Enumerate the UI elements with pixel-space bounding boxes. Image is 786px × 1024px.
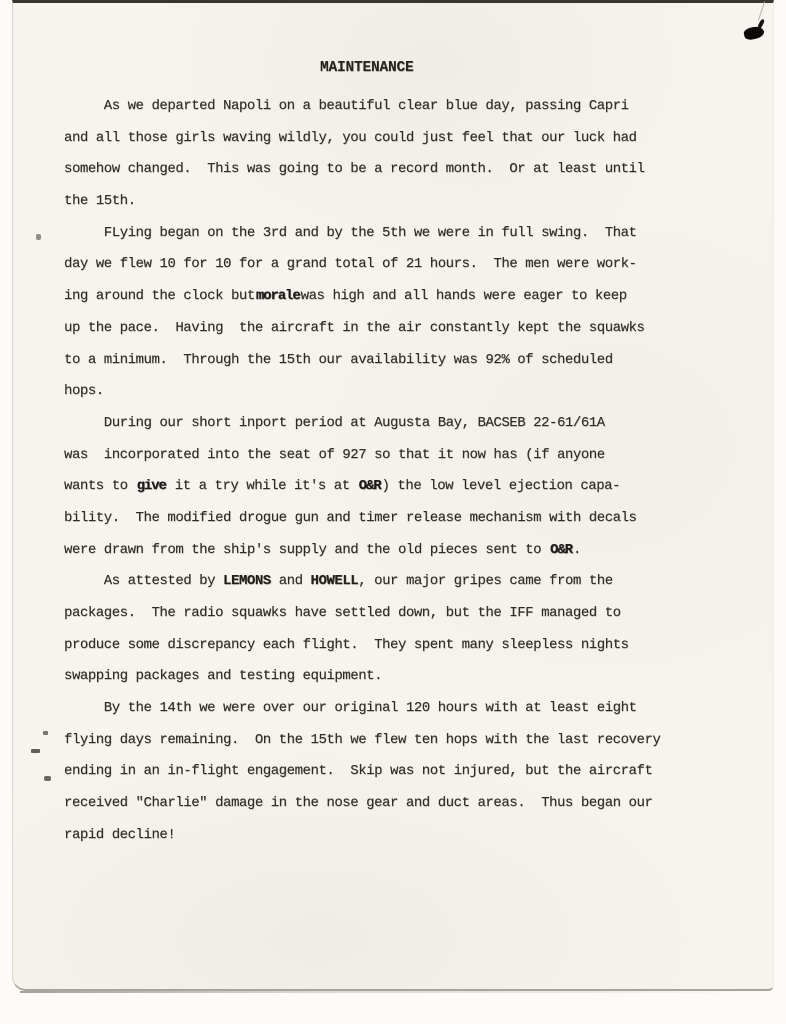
paragraph: By the 14th we were over our original 12… [64, 693, 764, 851]
text-segment: the 15th. [64, 193, 136, 209]
paragraph: As attested by LEMONS and HOWELL, our ma… [64, 566, 764, 693]
text-segment: packages. The radio squawks have settled… [64, 605, 621, 621]
text-segment: wants to [64, 478, 136, 494]
text-segment: ) the low level ejection capa- [382, 478, 621, 494]
scanned-document-canvas: MAINTENANCE As we departed Napoli on a b… [0, 0, 786, 1024]
text-line: packages. The radio squawks have settled… [64, 598, 764, 630]
text-line: the 15th. [64, 186, 764, 218]
text-line: wants to give it a try while it's at O&R… [64, 471, 764, 503]
overtyped-word: give [137, 478, 166, 494]
text-line: produce some discrepancy each flight. Th… [64, 630, 764, 662]
margin-speck [36, 234, 41, 240]
paper-page: MAINTENANCE As we departed Napoli on a b… [12, 0, 774, 991]
text-segment: were drawn from the ship's supply and th… [64, 542, 549, 558]
text-segment: to a minimum. Through the 15th our avail… [64, 352, 613, 368]
margin-speck [44, 776, 51, 781]
text-segment: rapid decline! [64, 827, 175, 843]
overtyped-word: morale [256, 288, 300, 304]
text-segment: By the 14th we were over our original 12… [64, 700, 637, 716]
page-bottom-edge-shadow [20, 991, 760, 993]
text-line: was incorporated into the seat of 927 so… [64, 440, 764, 472]
text-line: day we flew 10 for 10 for a grand total … [64, 249, 764, 281]
text-line: to a minimum. Through the 15th our avail… [64, 345, 764, 377]
text-line: swapping packages and testing equipment. [64, 661, 764, 693]
text-segment: it a try while it's at [167, 478, 358, 494]
text-segment: hops. [64, 383, 104, 399]
text-segment: FLying began on the 3rd and by the 5th w… [64, 225, 637, 241]
overtyped-word: O&R [550, 542, 572, 558]
text-line: ing around the clock butmoralewas high a… [64, 281, 764, 313]
text-line: bility. The modified drogue gun and time… [64, 503, 764, 535]
text-segment: day we flew 10 for 10 for a grand total … [64, 256, 637, 272]
text-segment: received "Charlie" damage in the nose ge… [64, 795, 652, 811]
text-segment: During our short inport period at August… [64, 415, 605, 431]
text-segment: . [573, 542, 581, 558]
text-line: received "Charlie" damage in the nose ge… [64, 788, 764, 820]
text-line: rapid decline! [64, 820, 764, 852]
text-segment: As we departed Napoli on a beautiful cle… [64, 98, 629, 114]
document-body: As we departed Napoli on a beautiful cle… [64, 91, 764, 852]
text-segment: and all those girls waving wildly, you c… [64, 130, 637, 146]
document-title: MAINTENANCE [320, 60, 414, 76]
text-line: flying days remaining. On the 15th we fl… [64, 725, 764, 757]
text-line: As we departed Napoli on a beautiful cle… [64, 91, 764, 123]
text-segment: ending in an in-flight engagement. Skip … [64, 763, 652, 779]
text-segment: , our major gripes came from the [358, 573, 612, 589]
text-line: FLying began on the 3rd and by the 5th w… [64, 218, 764, 250]
emphasized-name: LEMONS [223, 573, 271, 589]
text-segment: ing around the clock but [64, 288, 255, 304]
text-line: up the pace. Having the aircraft in the … [64, 313, 764, 345]
text-segment: swapping packages and testing equipment. [64, 668, 382, 684]
text-segment: bility. The modified drogue gun and time… [64, 510, 637, 526]
text-segment: flying days remaining. On the 15th we fl… [64, 732, 660, 748]
text-line: and all those girls waving wildly, you c… [64, 123, 764, 155]
paragraph: As we departed Napoli on a beautiful cle… [64, 91, 764, 218]
margin-speck [31, 749, 40, 753]
text-line: ending in an in-flight engagement. Skip … [64, 756, 764, 788]
paragraph: FLying began on the 3rd and by the 5th w… [64, 218, 764, 408]
paragraph: During our short inport period at August… [64, 408, 764, 566]
text-segment: up the pace. Having the aircraft in the … [64, 320, 644, 336]
text-segment: produce some discrepancy each flight. Th… [64, 637, 629, 653]
text-line: somehow changed. This was going to be a … [64, 154, 764, 186]
text-segment: was incorporated into the seat of 927 so… [64, 447, 605, 463]
margin-speck [43, 731, 48, 735]
text-line: During our short inport period at August… [64, 408, 764, 440]
text-segment: was high and all hands were eager to kee… [301, 288, 627, 304]
text-line: As attested by LEMONS and HOWELL, our ma… [64, 566, 764, 598]
text-line: hops. [64, 376, 764, 408]
text-segment: and [271, 573, 311, 589]
text-line: were drawn from the ship's supply and th… [64, 535, 764, 567]
text-line: By the 14th we were over our original 12… [64, 693, 764, 725]
overtyped-word: O&R [359, 478, 381, 494]
text-segment: As attested by [64, 573, 223, 589]
text-segment: somehow changed. This was going to be a … [64, 161, 644, 177]
emphasized-name: HOWELL [311, 573, 359, 589]
